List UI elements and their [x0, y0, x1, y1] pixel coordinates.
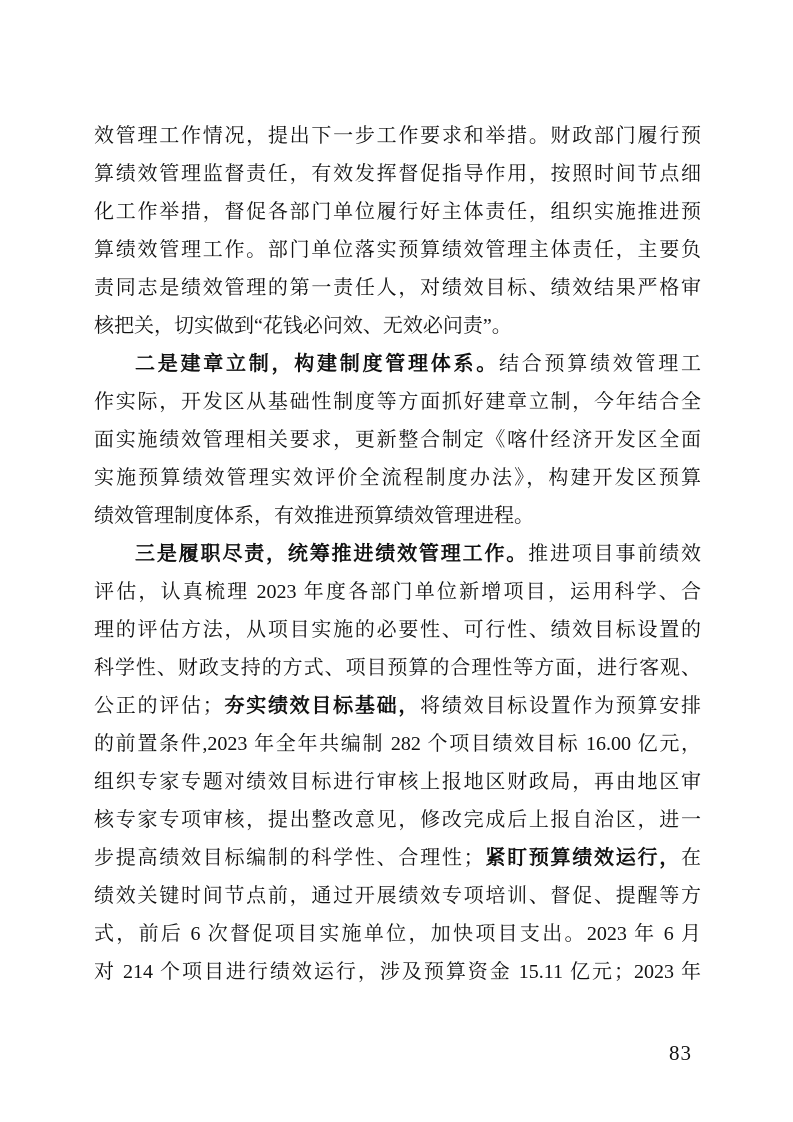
bold-run: 二是建章立制，构建制度管理体系。: [135, 353, 499, 375]
text-run: 对 214 个项目进行绩效运行，涉及预算资金 15.11 亿元；2023 年: [94, 961, 701, 983]
page-number: 83: [669, 1039, 692, 1067]
text-line: 化工作举措，督促各部门单位履行好主体责任，组织实施推进预: [94, 193, 701, 231]
text-run: 公正的评估；: [94, 695, 223, 717]
text-run: 评估，认真梳理 2023 年度各部门单位新增项目，运用科学、合: [94, 581, 701, 603]
text-run: 式，前后 6 次督促项目实施单位，加快项目支出。2023 年 6 月: [94, 923, 701, 945]
text-line: 效管理工作情况，提出下一步工作要求和举措。财政部门履行预: [94, 117, 701, 155]
text-run: 作实际，开发区从基础性制度等方面抓好建章立制，今年结合全: [94, 391, 701, 413]
text-line: 科学性、财政支持的方式、项目预算的合理性等方面，进行客观、: [94, 649, 701, 687]
text-run: 化工作举措，督促各部门单位履行好主体责任，组织实施推进预: [94, 201, 701, 223]
text-run: 责同志是绩效管理的第一责任人，对绩效目标、绩效结果严格审: [94, 277, 701, 299]
text-line: 算绩效管理监督责任，有效发挥督促指导作用，按照时间节点细: [94, 155, 701, 193]
text-line: 评估，认真梳理 2023 年度各部门单位新增项目，运用科学、合: [94, 573, 701, 611]
text-run: 结合预算绩效管理工: [499, 353, 701, 375]
text-run: 效管理工作情况，提出下一步工作要求和举措。财政部门履行预: [94, 125, 701, 147]
text-run: 核把关，切实做到“花钱必问效、无效必问责”。: [94, 315, 512, 337]
text-run: 在: [681, 847, 701, 869]
text-run: 绩效管理制度体系，有效推进预算绩效管理进程。: [94, 505, 534, 527]
text-line: 作实际，开发区从基础性制度等方面抓好建章立制，今年结合全: [94, 383, 701, 421]
text-line: 式，前后 6 次督促项目实施单位，加快项目支出。2023 年 6 月: [94, 915, 701, 953]
text-line: 核专家专项审核，提出整改意见，修改完成后上报自治区，进一: [94, 801, 701, 839]
text-line: 面实施绩效管理相关要求，更新整合制定《喀什经济开发区全面: [94, 421, 701, 459]
text-run: 科学性、财政支持的方式、项目预算的合理性等方面，进行客观、: [94, 657, 701, 679]
text-line: 三是履职尽责，统筹推进绩效管理工作。推进项目事前绩效: [94, 535, 701, 573]
text-run: 将绩效目标设置作为预算安排: [420, 695, 701, 717]
text-line: 责同志是绩效管理的第一责任人，对绩效目标、绩效结果严格审: [94, 269, 701, 307]
text-line: 核把关，切实做到“花钱必问效、无效必问责”。: [94, 307, 701, 345]
text-run: 的前置条件,2023 年全年共编制 282 个项目绩效目标 16.00 亿元，: [94, 733, 701, 755]
text-line: 理的评估方法，从项目实施的必要性、可行性、绩效目标设置的: [94, 611, 701, 649]
text-line: 绩效关键时间节点前，通过开展绩效专项培训、督促、提醒等方: [94, 877, 701, 915]
text-run: 绩效关键时间节点前，通过开展绩效专项培训、督促、提醒等方: [94, 885, 701, 907]
text-line: 对 214 个项目进行绩效运行，涉及预算资金 15.11 亿元；2023 年: [94, 953, 701, 991]
text-line: 公正的评估；夯实绩效目标基础，将绩效目标设置作为预算安排: [94, 687, 701, 725]
document-page: 效管理工作情况，提出下一步工作要求和举措。财政部门履行预算绩效管理监督责任，有效…: [0, 0, 793, 1122]
text-run: 面实施绩效管理相关要求，更新整合制定《喀什经济开发区全面: [94, 429, 701, 451]
bold-run: 三是履职尽责，统筹推进绩效管理工作。: [135, 543, 528, 565]
text-run: 核专家专项审核，提出整改意见，修改完成后上报自治区，进一: [94, 809, 701, 831]
text-run: 组织专家专题对绩效目标进行审核上报地区财政局，再由地区审: [94, 771, 701, 793]
text-line: 实施预算绩效管理实效评价全流程制度办法》，构建开发区预算: [94, 459, 701, 497]
text-run: 步提高绩效目标编制的科学性、合理性；: [94, 847, 484, 869]
text-run: 理的评估方法，从项目实施的必要性、可行性、绩效目标设置的: [94, 619, 701, 641]
text-line: 二是建章立制，构建制度管理体系。结合预算绩效管理工: [94, 345, 701, 383]
text-line: 组织专家专题对绩效目标进行审核上报地区财政局，再由地区审: [94, 763, 701, 801]
text-line: 算绩效管理工作。部门单位落实预算绩效管理主体责任，主要负: [94, 231, 701, 269]
text-line: 的前置条件,2023 年全年共编制 282 个项目绩效目标 16.00 亿元，: [94, 725, 701, 763]
text-run: 算绩效管理监督责任，有效发挥督促指导作用，按照时间节点细: [94, 163, 701, 185]
text-line: 步提高绩效目标编制的科学性、合理性；紧盯预算绩效运行，在: [94, 839, 701, 877]
text-run: 实施预算绩效管理实效评价全流程制度办法》，构建开发区预算: [94, 467, 701, 489]
text-run: 推进项目事前绩效: [528, 543, 701, 565]
bold-run: 紧盯预算绩效运行，: [484, 847, 681, 869]
text-line: 绩效管理制度体系，有效推进预算绩效管理进程。: [94, 497, 701, 535]
document-body: 效管理工作情况，提出下一步工作要求和举措。财政部门履行预算绩效管理监督责任，有效…: [94, 117, 701, 991]
text-run: 算绩效管理工作。部门单位落实预算绩效管理主体责任，主要负: [94, 239, 701, 261]
bold-run: 夯实绩效目标基础，: [223, 695, 420, 717]
